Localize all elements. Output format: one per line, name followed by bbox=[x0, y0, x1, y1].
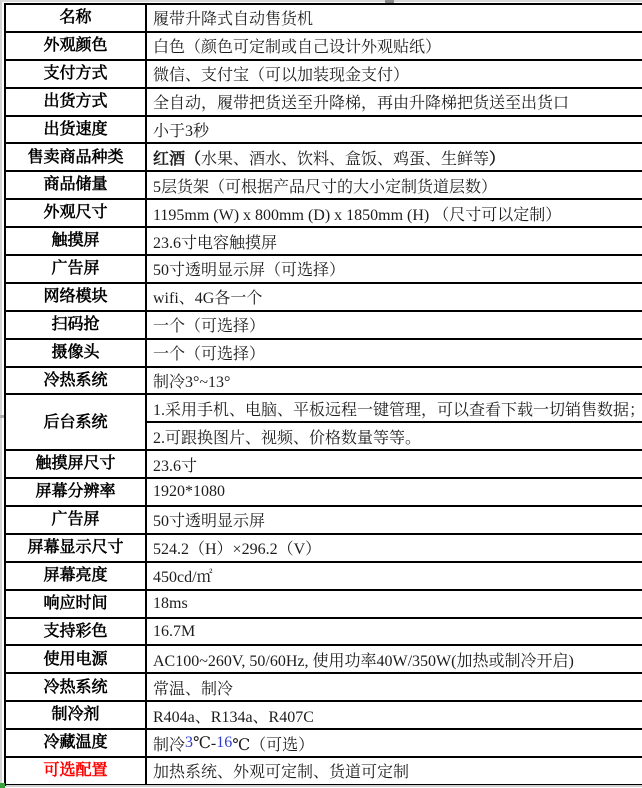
spec-value-cell[interactable]: 制冷3℃-16℃（可选） bbox=[147, 730, 642, 756]
spec-value-text: 全自动，履带把货送至升降梯，再由升降梯把货送至出货口 bbox=[153, 90, 569, 113]
table-row: 售卖商品种类 红酒（水果、酒水、饮料、盒饭、鸡蛋、生鲜等） bbox=[6, 142, 642, 170]
spec-value-text: 5层货架（可根据产品尺寸的大小定制货道层数） bbox=[153, 174, 497, 197]
spec-value-line[interactable]: 微信、支付宝（可以加装现金支付） bbox=[147, 61, 642, 87]
spec-value-text: 一个（可选择） bbox=[153, 313, 265, 336]
spec-value-cell[interactable]: 一个（可选择） bbox=[147, 340, 642, 366]
spec-value-line[interactable]: 1195mm (W) x 800mm (D) x 1850mm (H) （尺寸可… bbox=[147, 200, 642, 226]
table-row: 外观颜色 白色（颜色可定制或自己设计外观贴纸） bbox=[6, 31, 642, 59]
spec-label[interactable]: 触摸屏尺寸 bbox=[6, 451, 147, 477]
spec-value-line[interactable]: 23.6寸电容触摸屏 bbox=[147, 228, 642, 254]
table-row: 冷藏温度 制冷3℃-16℃（可选） bbox=[6, 728, 642, 756]
spec-value-text: 微信、支付宝（可以加装现金支付） bbox=[153, 62, 409, 85]
table-row: 商品储量 5层货架（可根据产品尺寸的大小定制货道层数） bbox=[6, 170, 642, 198]
spec-table: 名称 履带升降式自动售货机 外观颜色 白色（颜色可定制或自己设计外观贴纸） 支付… bbox=[4, 3, 642, 786]
table-row: 网络模块 wifi、4G各一个 bbox=[6, 282, 642, 310]
fill-handle[interactable] bbox=[0, 783, 5, 788]
spec-label[interactable]: 屏幕分辨率 bbox=[6, 479, 147, 505]
spec-value-cell[interactable]: wifi、4G各一个 bbox=[147, 284, 642, 310]
spec-value-line[interactable]: 50寸透明显示屏 bbox=[147, 507, 642, 533]
table-row: 制冷剂 R404a、R134a、R407C bbox=[6, 700, 642, 728]
table-row: 出货方式 全自动，履带把货送至升降梯，再由升降梯把货送至出货口 bbox=[6, 87, 642, 115]
spec-value-text: 制冷3°~13° bbox=[153, 369, 230, 392]
spec-value-line[interactable]: 红酒（水果、酒水、饮料、盒饭、鸡蛋、生鲜等） bbox=[147, 144, 642, 170]
spec-value-text: 制冷 bbox=[153, 732, 185, 755]
spec-value-cell[interactable]: 1.采用手机、电脑、平板远程一键管理，可以查看下载一切销售数据；2.可跟换图片、… bbox=[147, 395, 642, 449]
spec-value-text: wifi、4G各一个 bbox=[153, 285, 262, 308]
spec-value-text: 50寸透明显示屏 bbox=[153, 508, 265, 531]
spec-value-text: 2.可跟换图片、视频、价格数量等等。 bbox=[153, 425, 421, 448]
top-edge-line bbox=[0, 0, 642, 2]
table-row: 后台系统 1.采用手机、电脑、平板远程一键管理，可以查看下载一切销售数据；2.可… bbox=[6, 393, 642, 449]
spec-value-text: R404a、R134a、R407C bbox=[153, 704, 314, 727]
spec-value-text: ） bbox=[489, 146, 505, 169]
spec-value-text: 加热系统、外观可定制、货道可定制 bbox=[153, 759, 409, 782]
spec-value-text: 红酒（ bbox=[153, 146, 201, 169]
table-row: 屏幕亮度 450cd/㎡ bbox=[6, 561, 642, 589]
spec-label[interactable]: 售卖商品种类 bbox=[6, 144, 147, 170]
spec-value-line[interactable]: 加热系统、外观可定制、货道可定制 bbox=[147, 758, 642, 784]
spec-label[interactable]: 触摸屏 bbox=[6, 228, 147, 254]
spec-label[interactable]: 名称 bbox=[6, 5, 147, 31]
table-row: 屏幕分辨率 1920*1080 bbox=[6, 477, 642, 505]
spec-value-line[interactable]: 2.可跟换图片、视频、价格数量等等。 bbox=[147, 421, 642, 449]
spec-value-cell[interactable]: 50寸透明显示屏（可选择） bbox=[147, 256, 642, 282]
spec-value-line[interactable]: 全自动，履带把货送至升降梯，再由升降梯把货送至出货口 bbox=[147, 89, 642, 115]
spec-value-cell[interactable]: 23.6寸 bbox=[147, 451, 642, 477]
spec-value-line[interactable]: 18ms bbox=[147, 591, 642, 617]
spec-value-text: 50寸透明显示屏（可选择） bbox=[153, 257, 345, 280]
spec-value-cell[interactable]: 5层货架（可根据产品尺寸的大小定制货道层数） bbox=[147, 172, 642, 198]
spec-value-line[interactable]: 1920*1080 bbox=[147, 479, 642, 505]
spec-value-text: 450cd/㎡ bbox=[153, 564, 213, 587]
spec-value-cell[interactable]: AC100~260V, 50/60Hz, 使用功率40W/350W(加热或制冷开… bbox=[147, 646, 642, 672]
spec-value-line[interactable]: AC100~260V, 50/60Hz, 使用功率40W/350W(加热或制冷开… bbox=[147, 646, 642, 672]
spec-label[interactable]: 网络模块 bbox=[6, 284, 147, 310]
spec-value-line[interactable]: 制冷3℃-16℃（可选） bbox=[147, 730, 642, 756]
spec-label[interactable]: 冷热系统 bbox=[6, 368, 147, 394]
spec-label[interactable]: 使用电源 bbox=[6, 646, 147, 672]
spec-label[interactable]: 摄像头 bbox=[6, 340, 147, 366]
spec-value-text: 18ms bbox=[153, 595, 188, 613]
spec-value-cell[interactable]: 红酒（水果、酒水、饮料、盒饭、鸡蛋、生鲜等） bbox=[147, 144, 642, 170]
spec-value-cell[interactable]: 全自动，履带把货送至升降梯，再由升降梯把货送至出货口 bbox=[147, 89, 642, 115]
spec-value-text: ℃（可选） bbox=[232, 732, 314, 755]
spec-value-cell[interactable]: 一个（可选择） bbox=[147, 312, 642, 338]
spec-value-cell[interactable]: 1920*1080 bbox=[147, 479, 642, 505]
spec-value-line[interactable]: wifi、4G各一个 bbox=[147, 284, 642, 310]
table-row: 广告屏 50寸透明显示屏（可选择） bbox=[6, 254, 642, 282]
spec-label[interactable]: 外观颜色 bbox=[6, 33, 147, 59]
spec-label[interactable]: 支付方式 bbox=[6, 61, 147, 87]
table-row: 触摸屏尺寸 23.6寸 bbox=[6, 449, 642, 477]
spec-value-text: AC100~260V, 50/60Hz, 使用功率40W/350W(加热或制冷开… bbox=[153, 648, 574, 671]
spec-value-cell[interactable]: 450cd/㎡ bbox=[147, 563, 642, 589]
table-row: 广告屏 50寸透明显示屏 bbox=[6, 505, 642, 533]
spec-value-text: 一个（可选择） bbox=[153, 341, 265, 364]
spec-value-cell[interactable]: 50寸透明显示屏 bbox=[147, 507, 642, 533]
spec-value-line[interactable]: 16.7M bbox=[147, 619, 642, 645]
table-row: 冷热系统 常温、制冷 bbox=[6, 672, 642, 700]
spec-value-text: 常温、制冷 bbox=[153, 676, 233, 699]
spec-value-text: 23.6寸 bbox=[153, 453, 197, 476]
spec-value-cell[interactable]: 微信、支付宝（可以加装现金支付） bbox=[147, 61, 642, 87]
spec-value-text: 3 bbox=[185, 734, 193, 752]
spec-value-cell[interactable]: 16.7M bbox=[147, 619, 642, 645]
spec-value-line[interactable]: 524.2（H）×296.2（V） bbox=[147, 535, 642, 561]
spec-value-line[interactable]: 履带升降式自动售货机 bbox=[147, 5, 642, 31]
spec-value-line[interactable]: 一个（可选择） bbox=[147, 340, 642, 366]
spec-label[interactable]: 屏幕显示尺寸 bbox=[6, 535, 147, 561]
spec-value-text: 白色（颜色可定制或自己设计外观贴纸） bbox=[153, 34, 441, 57]
spec-label[interactable]: 出货速度 bbox=[6, 117, 147, 143]
spec-label[interactable]: 商品储量 bbox=[6, 172, 147, 198]
table-row: 外观尺寸 1195mm (W) x 800mm (D) x 1850mm (H)… bbox=[6, 198, 642, 226]
spec-label[interactable]: 出货方式 bbox=[6, 89, 147, 115]
spec-value-text: 小于3秒 bbox=[153, 118, 209, 141]
spec-label[interactable]: 可选配置 bbox=[6, 758, 147, 784]
table-row: 扫码抢 一个（可选择） bbox=[6, 310, 642, 338]
spec-value-text: 1.采用手机、电脑、平板远程一键管理，可以查看下载一切销售数据； bbox=[153, 397, 642, 420]
spec-value-line[interactable]: 23.6寸 bbox=[147, 451, 642, 477]
spec-value-cell[interactable]: 履带升降式自动售货机 bbox=[147, 5, 642, 31]
spec-value-line[interactable]: 1.采用手机、电脑、平板远程一键管理，可以查看下载一切销售数据； bbox=[147, 395, 642, 421]
spec-value-text: 16.7M bbox=[153, 623, 195, 641]
spec-label[interactable]: 后台系统 bbox=[6, 395, 147, 449]
spec-label[interactable]: 外观尺寸 bbox=[6, 200, 147, 226]
left-gridline bbox=[0, 0, 2, 788]
table-row: 支持彩色 16.7M bbox=[6, 617, 642, 645]
spec-value-text: 1920*1080 bbox=[153, 483, 225, 501]
spec-label[interactable]: 扫码抢 bbox=[6, 312, 147, 338]
table-row: 支付方式 微信、支付宝（可以加装现金支付） bbox=[6, 59, 642, 87]
spec-value-line[interactable]: 450cd/㎡ bbox=[147, 563, 642, 589]
spec-label[interactable]: 冷热系统 bbox=[6, 674, 147, 700]
spec-value-text: 履带升降式自动售货机 bbox=[153, 6, 313, 29]
table-row: 摄像头 一个（可选择） bbox=[6, 338, 642, 366]
spec-label[interactable]: 制冷剂 bbox=[6, 702, 147, 728]
table-row: 响应时间 18ms bbox=[6, 589, 642, 617]
spec-value-cell[interactable]: 23.6寸电容触摸屏 bbox=[147, 228, 642, 254]
spec-value-cell[interactable]: 524.2（H）×296.2（V） bbox=[147, 535, 642, 561]
spec-value-line[interactable]: 小于3秒 bbox=[147, 117, 642, 143]
spec-label[interactable]: 屏幕亮度 bbox=[6, 563, 147, 589]
spec-value-cell[interactable]: 加热系统、外观可定制、货道可定制 bbox=[147, 758, 642, 784]
spec-value-line[interactable]: 5层货架（可根据产品尺寸的大小定制货道层数） bbox=[147, 172, 642, 198]
spec-value-text: ℃- bbox=[193, 733, 216, 753]
table-row: 使用电源 AC100~260V, 50/60Hz, 使用功率40W/350W(加… bbox=[6, 644, 642, 672]
spec-value-cell[interactable]: 1195mm (W) x 800mm (D) x 1850mm (H) （尺寸可… bbox=[147, 200, 642, 226]
spec-value-line[interactable]: 白色（颜色可定制或自己设计外观贴纸） bbox=[147, 33, 642, 59]
table-row: 触摸屏 23.6寸电容触摸屏 bbox=[6, 226, 642, 254]
spec-value-text: 水果、酒水、饮料、盒饭、鸡蛋、生鲜等 bbox=[201, 146, 489, 169]
spec-label[interactable]: 冷藏温度 bbox=[6, 730, 147, 756]
spec-value-text: 23.6寸电容触摸屏 bbox=[153, 230, 277, 253]
spec-value-text: 1195mm (W) x 800mm (D) x 1850mm (H) （尺寸可… bbox=[153, 202, 561, 225]
spec-value-line[interactable]: 常温、制冷 bbox=[147, 674, 642, 700]
spec-label[interactable]: 支持彩色 bbox=[6, 619, 147, 645]
spec-value-text: 524.2（H）×296.2（V） bbox=[153, 536, 321, 559]
spec-value-cell[interactable]: 18ms bbox=[147, 591, 642, 617]
spec-label[interactable]: 响应时间 bbox=[6, 591, 147, 617]
table-row: 可选配置 加热系统、外观可定制、货道可定制 bbox=[6, 756, 642, 784]
table-row: 名称 履带升降式自动售货机 bbox=[6, 5, 642, 31]
spec-value-line[interactable]: 一个（可选择） bbox=[147, 312, 642, 338]
screenshot-root: 名称 履带升降式自动售货机 外观颜色 白色（颜色可定制或自己设计外观贴纸） 支付… bbox=[0, 0, 642, 788]
spec-value-text: 16 bbox=[216, 734, 232, 752]
spec-value-cell[interactable]: 常温、制冷 bbox=[147, 674, 642, 700]
spec-value-line[interactable]: 50寸透明显示屏（可选择） bbox=[147, 256, 642, 282]
spec-label[interactable]: 广告屏 bbox=[6, 256, 147, 282]
bottom-edge-shadow bbox=[6, 785, 642, 787]
spec-value-cell[interactable]: 白色（颜色可定制或自己设计外观贴纸） bbox=[147, 33, 642, 59]
table-row: 出货速度 小于3秒 bbox=[6, 115, 642, 143]
spec-value-cell[interactable]: 小于3秒 bbox=[147, 117, 642, 143]
spec-value-cell[interactable]: R404a、R134a、R407C bbox=[147, 702, 642, 728]
table-row: 屏幕显示尺寸 524.2（H）×296.2（V） bbox=[6, 533, 642, 561]
spec-value-line[interactable]: R404a、R134a、R407C bbox=[147, 702, 642, 728]
spec-value-line[interactable]: 制冷3°~13° bbox=[147, 368, 642, 394]
spec-value-cell[interactable]: 制冷3°~13° bbox=[147, 368, 642, 394]
spec-label[interactable]: 广告屏 bbox=[6, 507, 147, 533]
table-row: 冷热系统 制冷3°~13° bbox=[6, 366, 642, 394]
